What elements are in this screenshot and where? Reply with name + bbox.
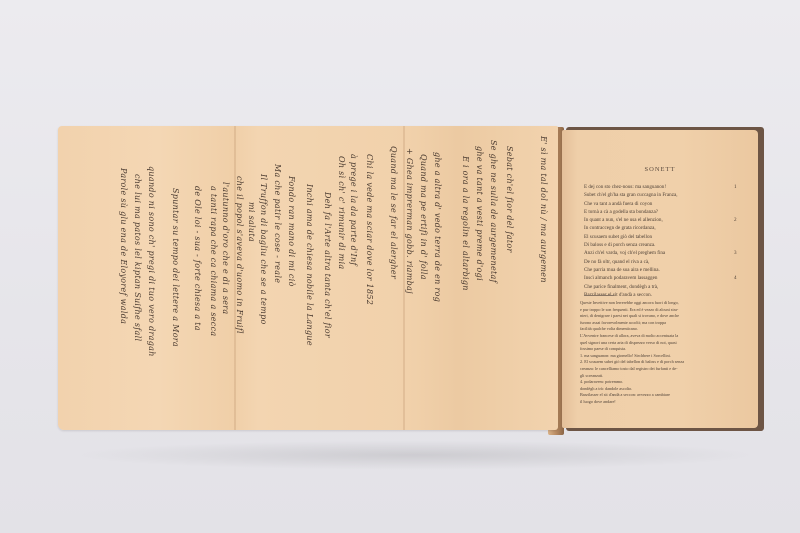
footnote-line: 1. ma sanguanon: ma giornello! Sirchbere… — [580, 353, 746, 360]
handwritten-line: a tanti rapa che ca chiama a secca — [209, 186, 218, 336]
footnote-line: L'Avvenire francese di allora, aveva di … — [580, 333, 746, 340]
handwritten-line: che lui ma patos lel kiptan Suifhe sfall — [133, 174, 142, 341]
verse-line: E tornà a cà a godella sta bondanza? — [584, 208, 744, 216]
handwritten-line: Il Truffon di bagliu che se a tempo — [259, 174, 268, 325]
handwritten-line: Quand ma le se far el alergher — [389, 146, 398, 279]
handwritten-line: à prege i la da parte d'Inf — [349, 154, 358, 266]
verse-line: Anzi ch'el varda, voj ch'el preghem fina… — [584, 249, 744, 257]
handwritten-line: Parole sù glu ena de Eloyoref walda — [119, 168, 128, 324]
verse-line: Che parìce finalment, dondègh a trà, — [584, 283, 744, 291]
handwritten-line: ghe va tant a vesti preme d'ogi — [475, 146, 484, 281]
handwritten-line: ghe a altra d' vedo terra de en rog — [433, 152, 442, 302]
handwritten-line: Quand ma pe ertifi in d' folla — [419, 154, 428, 280]
handwritten-line: che il popol s'aveva d'uomo in Fruifl — [235, 176, 244, 334]
footnote-line: fossimo paese di conquista. — [580, 346, 746, 353]
book-shadow — [70, 440, 760, 470]
handwritten-line: Inchi ama de chiesa nobile la Langue — [305, 184, 314, 346]
handwritten-line: Oh sì ch' c' rimunir di mia — [337, 156, 346, 270]
verse-line: Di baloss e di porch senza creanza. — [584, 241, 744, 249]
handwritten-line: l'autunno d'oro che e di a sera — [221, 182, 230, 315]
footnote-line: creanza: le cancelliamo tosto dal regist… — [580, 366, 746, 373]
footnote-line: furono assai favorevolmente accolti; ma … — [580, 320, 746, 327]
handwritten-line: Sebat ch'el fior del fator — [505, 146, 514, 253]
verse-line: Inscì almanch podaravem lassaggen4 — [584, 274, 744, 282]
handwritten-line: mi saluta — [247, 202, 256, 242]
footnote-line: dondègh a trà: dandole ascolto. — [580, 386, 746, 393]
handwritten-line: de Ole loi - sua - forte chiesa a ta — [193, 186, 202, 331]
footnote-line: Barzilasser el sit d'andà a seccon: avve… — [580, 392, 746, 399]
footnote-line: gli screanzati. — [580, 373, 746, 380]
handwritten-line: Ma che patir le cose - reale — [273, 164, 282, 283]
verse-line: In quant a nun, s'el ne usa el allenzion… — [584, 216, 744, 224]
footnote-line: Queste Invettive non lerrerebbe oggi anc… — [580, 300, 746, 307]
verse-line: El scusaem subet giò del tabellon — [584, 233, 744, 241]
footnotes: Queste Invettive non lerrerebbe oggi anc… — [580, 300, 746, 406]
footnote-line: 2. El scusaem subet giò del tabellon di … — [580, 359, 746, 366]
handwritten-line: Deh fa l'Arte altra tanta ch'el fior — [323, 192, 332, 338]
verse-line: De no fà oltr, quand el riva a cà, — [584, 258, 744, 266]
verse-line: E dej con sto chez-nous: ma sanguanon!1 — [584, 183, 744, 191]
handwritten-line: E i ora a la regolin el altarbign — [461, 156, 470, 291]
footnote-line: nieri, di denigrare i paesi nei quali si… — [580, 313, 746, 320]
footnote-divider — [584, 295, 614, 296]
handwritten-line: Fondo ran mano di mi ciò — [287, 176, 296, 287]
verse-line: Che va tant a andà fuera di coyon — [584, 200, 744, 208]
footnote-line: quel signori una certa aria di disprezzo… — [580, 340, 746, 347]
verse-line: Subet ch'el gh'ha sta gran cuccagna in F… — [584, 191, 744, 199]
page-title: SONETT — [562, 166, 758, 173]
footnote-line: facilità qualche volta dimenticano. — [580, 326, 746, 333]
handwritten-line: quando ni sono ch' pregi di tuo vero dra… — [147, 166, 156, 357]
handwritten-line: Chi la vede ma sciar dove lor 1852 — [365, 154, 374, 305]
sonnet-verses: E dej con sto chez-nous: ma sanguanon!1 … — [584, 183, 744, 299]
handwritten-sheet: Parole sù glu ena de Eloyoref walda che … — [58, 126, 558, 430]
footnote-line: il luogo dove andare! — [580, 399, 746, 406]
handwritten-line: Spuntar su tempo dei lettere a Mora — [171, 188, 180, 347]
verse-line: In contraccegn de grata ricordanza, — [584, 224, 744, 232]
printed-page: SONETT E dej con sto chez-nous: ma sangu… — [562, 130, 758, 428]
handwritten-line: Se ghe ne sulla de aurgemenetaf — [489, 140, 498, 283]
footnote-line: 4. podaravem: potremmo. — [580, 379, 746, 386]
verse-line: Che parria mua de soa aira e mellina. — [584, 266, 744, 274]
handwritten-line: E' sì ma tal dol nù / ma aurgemen — [539, 136, 548, 283]
footnote-line: e pur troppo le son frequenti. Era ed è … — [580, 307, 746, 314]
handwritten-line: + Ghea imprerman gobb. riambaj — [405, 148, 414, 294]
